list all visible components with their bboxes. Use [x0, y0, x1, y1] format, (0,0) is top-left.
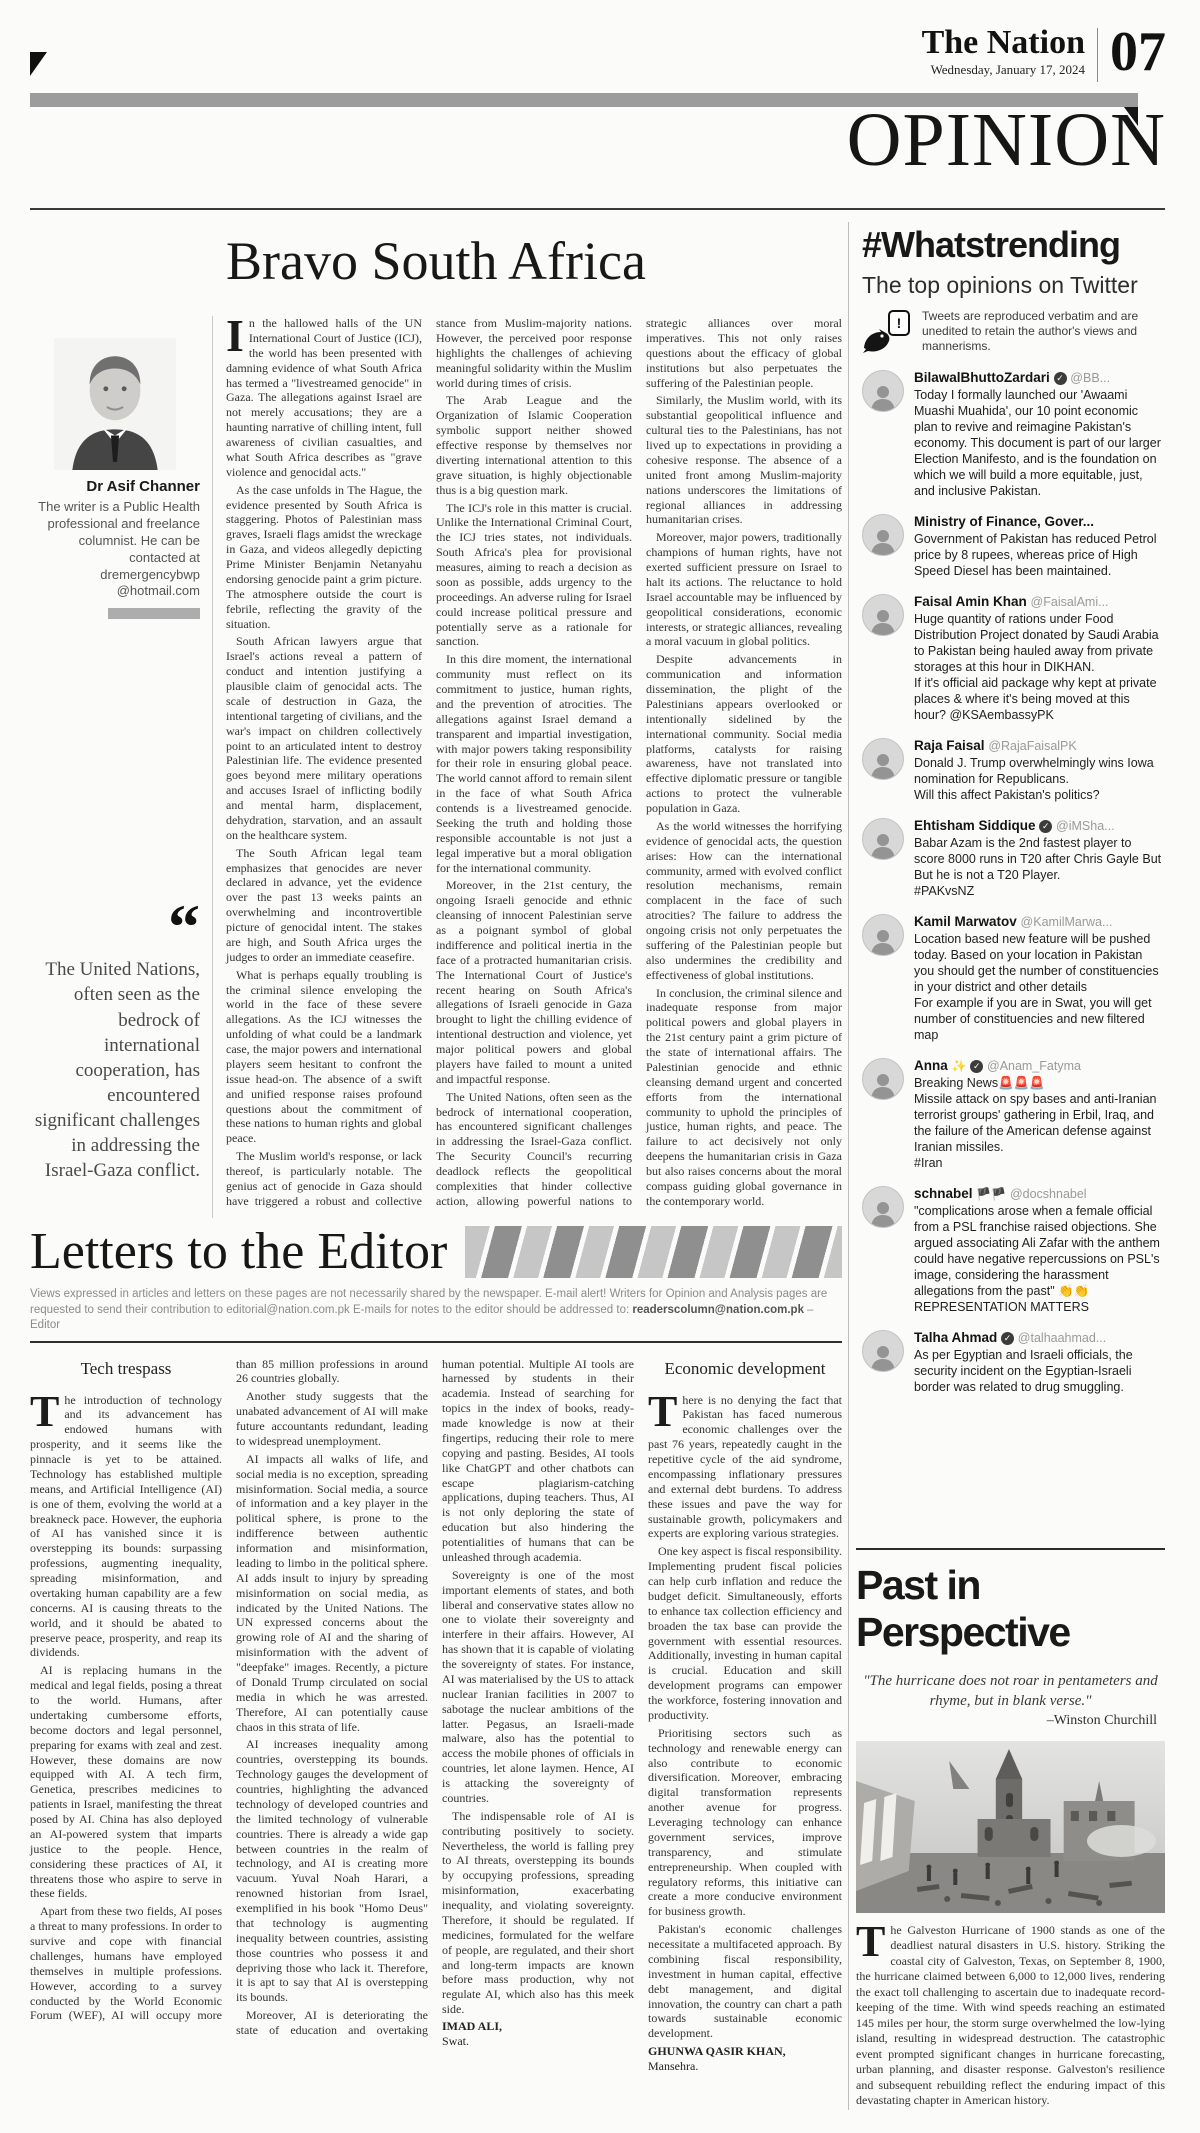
article-paragraph: In the hallowed halls of the UN Internat…: [226, 316, 422, 480]
article-paragraph: In conclusion, the criminal silence and …: [646, 986, 842, 1209]
issue-date: Wednesday, January 17, 2024: [922, 62, 1085, 78]
whatstrending-section: #Whatstrending The top opinions on Twitt…: [862, 224, 1165, 1410]
tweet-author-name: Ministry of Finance, Gover...: [914, 514, 1094, 529]
masthead: The Nation Wednesday, January 17, 2024 0…: [922, 26, 1166, 82]
tweet-text: Breaking News🚨🚨🚨 Missile attack on spy b…: [914, 1075, 1165, 1171]
author-portrait-photo: [54, 338, 176, 470]
main-article: Bravo South Africa Dr Asif Channer The w…: [30, 220, 842, 1218]
tweet-header: Kamil Marwatov @KamilMarwa...: [914, 914, 1165, 929]
letter-paragraph: Another study suggests that the unabated…: [236, 1389, 428, 1449]
paper-name: The Nation: [922, 26, 1085, 60]
tweet-header: Ehtisham Siddique ✓ @iMSha...: [914, 818, 1165, 833]
letter-paragraph: One key aspect is fiscal responsibility.…: [648, 1544, 842, 1723]
verified-badge-icon: ✓: [970, 1060, 983, 1073]
masthead-divider: [1097, 28, 1098, 82]
article-paragraph: What is perhaps equally troubling is the…: [226, 968, 422, 1147]
article-paragraph: The Arab League and the Organization of …: [436, 393, 632, 497]
tweet-text: Government of Pakistan has reduced Petro…: [914, 531, 1165, 579]
tweet-author-handle: @Anam_Fatyma: [987, 1059, 1081, 1073]
article-paragraph: The South African legal team emphasizes …: [226, 846, 422, 965]
article-paragraph: The ICJ's role in this matter is crucial…: [436, 501, 632, 650]
avatar: [862, 818, 904, 860]
tweet-author-name: Ehtisham Siddique: [914, 818, 1036, 833]
tweet-header: Faisal Amin Khan @FaisalAmi...: [914, 594, 1165, 609]
tweet-author-name: BilawalBhuttoZardari: [914, 370, 1050, 385]
newspaper-page: The Nation Wednesday, January 17, 2024 0…: [0, 0, 1200, 2133]
whatstrending-title: #Whatstrending: [862, 224, 1165, 266]
letter-signature: IMAD ALI, Swat.: [442, 2019, 634, 2049]
quote-marks-icon: “: [30, 911, 200, 943]
historic-quote: "The hurricane does not roar in pentamet…: [856, 1672, 1165, 1711]
article-paragraph: Moreover, major powers, traditionally ch…: [646, 530, 842, 649]
section-title: OPINION: [847, 102, 1166, 178]
tweet: Ministry of Finance, Gover... Government…: [862, 514, 1165, 579]
tweet-author-name: Raja Faisal: [914, 738, 985, 753]
verified-badge-icon: ✓: [1039, 820, 1052, 833]
avatar: [862, 514, 904, 556]
tweet-header: schnabel 🏴🏴 @docshnabel: [914, 1186, 1165, 1201]
galveston-hurricane-photo: [856, 1741, 1165, 1913]
letter-paragraph: Pakistan's economic challenges necessita…: [648, 1922, 842, 2041]
tweet-text: "complications arose when a female offic…: [914, 1203, 1165, 1315]
avatar: [862, 1330, 904, 1372]
avatar: [862, 370, 904, 412]
tweet-author-handle: @KamilMarwa...: [1021, 915, 1113, 929]
tweet-author-handle: @iMSha...: [1056, 819, 1115, 833]
letter-paragraph: Prioritising sectors such as technology …: [648, 1726, 842, 1919]
sidebar-divider: [848, 222, 849, 2110]
tweet-name-emoji: ✨: [952, 1059, 967, 1073]
avatar: [862, 1186, 904, 1228]
quote-attribution: –Winston Churchill: [856, 1713, 1157, 1729]
author-column: Dr Asif Channer The writer is a Public H…: [30, 316, 213, 1218]
whatstrending-disclaimer-text: Tweets are reproduced verbatim and are u…: [922, 309, 1165, 354]
letter-paragraph: The introduction of technology and its a…: [30, 1393, 222, 1661]
tweet-header: BilawalBhuttoZardari ✓ @BB...: [914, 370, 1165, 385]
letters-section: Letters to the Editor Views expressed in…: [30, 1226, 842, 2099]
twitter-bird-exclamation-icon: !: [862, 310, 912, 354]
tweet-author-name: Kamil Marwatov: [914, 914, 1017, 929]
tweet-list: BilawalBhuttoZardari ✓ @BB... Today I fo…: [862, 370, 1165, 1410]
letter-paragraph: AI impacts all walks of life, and social…: [236, 1452, 428, 1735]
article-paragraph: South African lawyers argue that Israel'…: [226, 634, 422, 842]
editor-email: readerscolumn@nation.com.pk: [632, 1304, 804, 1316]
letter-paragraph: There is no denying the fact that Pakist…: [648, 1393, 842, 1542]
tweet-author-name: schnabel: [914, 1186, 973, 1201]
letters-disclaimer: Views expressed in articles and letters …: [30, 1287, 842, 1334]
tweet-author-handle: @FaisalAmi...: [1031, 595, 1109, 609]
tweet-name-emoji: 🏴🏴: [976, 1187, 1006, 1201]
pull-quote: “ The United Nations, often seen as the …: [30, 911, 200, 1183]
letter-economic-development: Economic development There is no denying…: [648, 1357, 842, 2099]
tweet-text: As per Egyptian and Israeli officials, t…: [914, 1347, 1165, 1395]
tweet: Anna ✨ ✓ @Anam_Fatyma Breaking News🚨🚨🚨 M…: [862, 1058, 1165, 1171]
tweet-header: Ministry of Finance, Gover...: [914, 514, 1165, 529]
article-paragraph: In this dire moment, the international c…: [436, 652, 632, 875]
letter-heading: Economic development: [648, 1359, 842, 1379]
tweet: Talha Ahmad ✓ @talhaahmad... As per Egyp…: [862, 1330, 1165, 1395]
avatar: [862, 1058, 904, 1100]
tweet-text: Today I formally launched our 'Awaami Mu…: [914, 387, 1165, 499]
letter-tech-trespass: Tech trespass The introduction of techno…: [30, 1357, 634, 2099]
corner-marker-triangle: [30, 52, 47, 76]
author-bio: The writer is a Public Health profession…: [30, 499, 200, 600]
tweet-author-name: Anna: [914, 1058, 948, 1073]
article-paragraph: Similarly, the Muslim world, with its su…: [646, 393, 842, 527]
tweet: Kamil Marwatov @KamilMarwa... Location b…: [862, 914, 1165, 1043]
letter-signature: GHUNWA QASIR KHAN, Mansehra.: [648, 2044, 842, 2074]
tweet-header: Raja Faisal @RajaFaisalPK: [914, 738, 1165, 753]
article-paragraph: As the world witnesses the horrifying ev…: [646, 819, 842, 983]
author-bio-bar: [108, 608, 200, 619]
tweet-header: Talha Ahmad ✓ @talhaahmad...: [914, 1330, 1165, 1345]
article-paragraph: Despite advancements in communication an…: [646, 652, 842, 816]
tweet-text: Donald J. Trump overwhelmingly wins Iowa…: [914, 755, 1165, 803]
tweet-author-handle: @BB...: [1070, 371, 1110, 385]
letter-paragraph: AI is replacing humans in the medical an…: [30, 1663, 222, 1901]
tweet-header: Anna ✨ ✓ @Anam_Fatyma: [914, 1058, 1165, 1073]
article-body: In the hallowed halls of the UN Internat…: [226, 316, 842, 1218]
tweet-author-handle: @talhaahmad...: [1018, 1331, 1106, 1345]
header-rule: [30, 208, 1165, 210]
tweet-author-handle: @RajaFaisalPK: [988, 739, 1076, 753]
letters-rule: [30, 1341, 842, 1343]
article-paragraph: As the case unfolds in The Hague, the ev…: [226, 483, 422, 632]
letters-title: Letters to the Editor: [30, 1226, 447, 1278]
tweet: BilawalBhuttoZardari ✓ @BB... Today I fo…: [862, 370, 1165, 499]
whatstrending-subtitle: The top opinions on Twitter: [862, 272, 1165, 299]
verified-badge-icon: ✓: [1054, 372, 1067, 385]
letter-paragraph: The indispensable role of AI is contribu…: [442, 1809, 634, 2017]
tweet: schnabel 🏴🏴 @docshnabel "complications a…: [862, 1186, 1165, 1315]
past-in-perspective-body: The Galveston Hurricane of 1900 stands a…: [856, 1923, 1165, 2109]
whatstrending-disclaimer: ! Tweets are reproduced verbatim and are…: [862, 309, 1165, 354]
tweet-author-handle: @docshnabel: [1010, 1187, 1087, 1201]
letters-stripes-graphic: [465, 1226, 842, 1278]
article-paragraph: Moreover, in the 21st century, the ongoi…: [436, 878, 632, 1086]
letter-paragraph: AI increases inequality among countries,…: [236, 1737, 428, 2005]
article-title: Bravo South Africa: [30, 230, 842, 292]
avatar: [862, 738, 904, 780]
tweet-author-name: Faisal Amin Khan: [914, 594, 1027, 609]
past-in-perspective-title: Past in Perspective: [856, 1562, 1165, 1656]
pull-quote-text: The United Nations, often seen as the be…: [30, 957, 200, 1183]
author-name: Dr Asif Channer: [30, 478, 200, 495]
page-number: 07: [1110, 26, 1166, 79]
avatar: [862, 594, 904, 636]
tweet: Raja Faisal @RajaFaisalPK Donald J. Trum…: [862, 738, 1165, 803]
verified-badge-icon: ✓: [1001, 1332, 1014, 1345]
tweet-text: Babar Azam is the 2nd fastest player to …: [914, 835, 1165, 899]
letter-heading: Tech trespass: [30, 1359, 222, 1379]
avatar: [862, 914, 904, 956]
tweet-text: Huge quantity of rations under Food Dist…: [914, 611, 1165, 723]
tweet-author-name: Talha Ahmad: [914, 1330, 997, 1345]
letter-paragraph: Sovereignty is one of the most important…: [442, 1568, 634, 1806]
past-in-perspective-section: Past in Perspective "The hurricane does …: [856, 1548, 1165, 2109]
tweet-text: Location based new feature will be pushe…: [914, 931, 1165, 1043]
tweet: Ehtisham Siddique ✓ @iMSha... Babar Azam…: [862, 818, 1165, 899]
tweet: Faisal Amin Khan @FaisalAmi... Huge quan…: [862, 594, 1165, 723]
